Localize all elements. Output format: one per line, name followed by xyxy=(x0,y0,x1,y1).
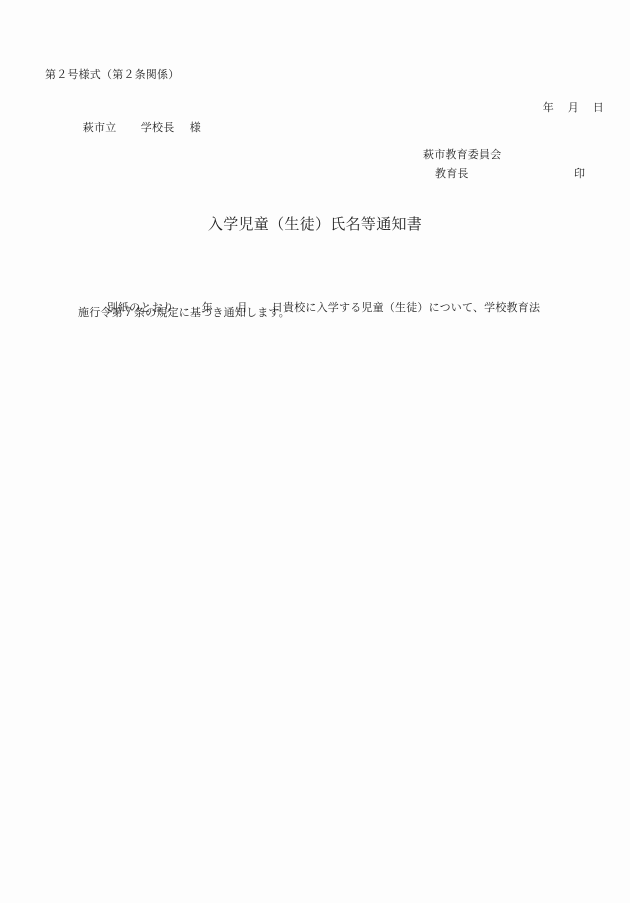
body-paragraph-line-2: 施行令第７条の規定に基づき通知します。 xyxy=(78,306,290,320)
date-line: 年月日 xyxy=(528,87,607,129)
document-page: 第２号様式（第２条関係） 年月日 萩市立学校長様 萩市教育委員会 教育長 印 入… xyxy=(0,0,630,903)
form-number: 第２号様式（第２条関係） xyxy=(45,68,179,82)
body-line-1-rest: 日貴校に入学する児童（生徒）について、学校教育法 xyxy=(272,301,540,315)
addressee-principal: 学校長 xyxy=(141,121,190,135)
date-year-label: 年 xyxy=(543,101,568,115)
sender-organization: 萩市教育委員会 xyxy=(423,148,501,162)
addressee-honorific: 様 xyxy=(190,121,201,135)
date-month-label: 月 xyxy=(568,101,593,115)
seal-mark: 印 xyxy=(574,167,585,181)
addressee-city-school: 萩市立 xyxy=(83,121,141,135)
date-day-label: 日 xyxy=(593,101,607,115)
document-title: 入学児童（生徒）氏名等通知書 xyxy=(0,215,630,233)
sender-title: 教育長 xyxy=(435,167,469,181)
addressee: 萩市立学校長様 xyxy=(68,107,201,149)
